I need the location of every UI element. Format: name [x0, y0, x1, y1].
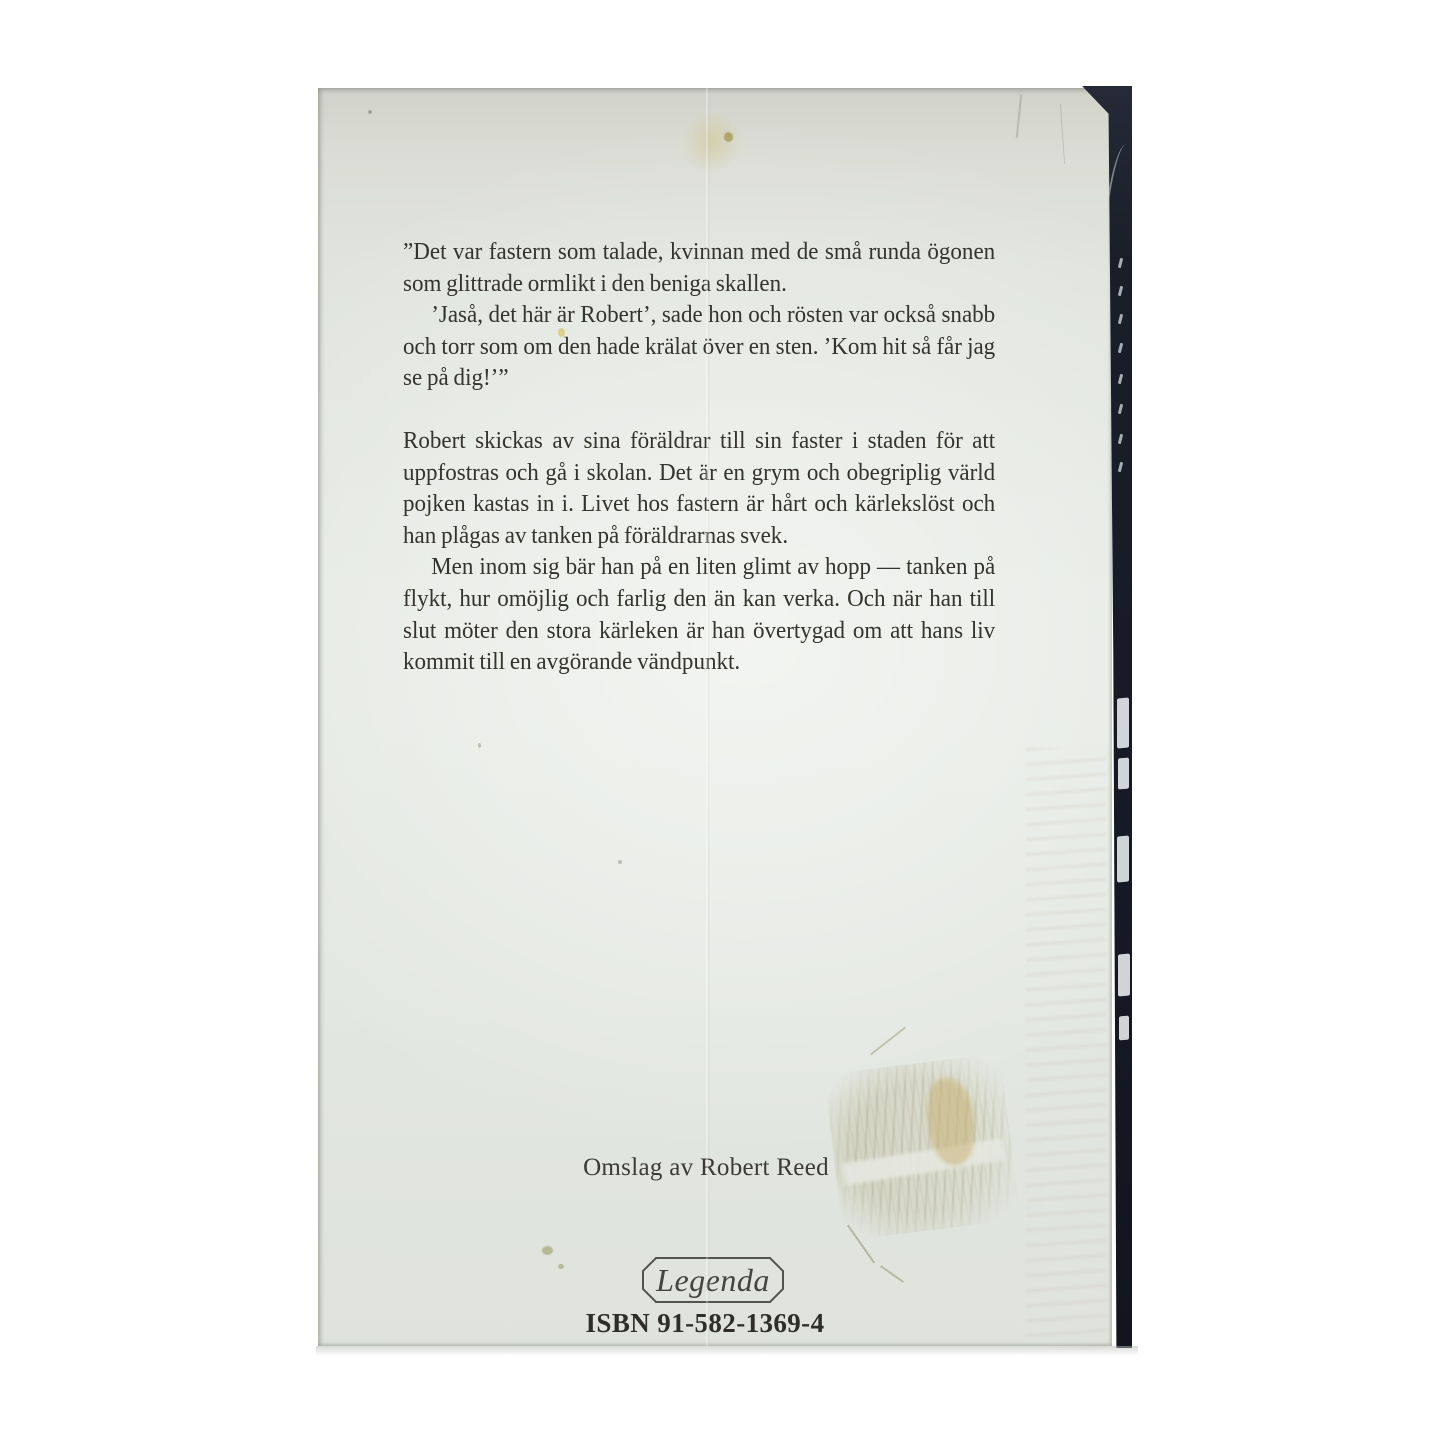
cover-scratch	[1060, 104, 1065, 164]
book-back-cover: ”Det var fastern som talade, kvinnan med…	[318, 88, 1112, 1346]
stain-speck	[618, 860, 622, 864]
cover-scratch	[1016, 94, 1023, 138]
stain-speck-mid	[558, 328, 565, 337]
blurb-paragraph-4: Men inom sig bär han på en liten glimt a…	[403, 551, 995, 677]
spine-letter-fragment	[1119, 1016, 1129, 1041]
photo-canvas: ”Det var fastern som talade, kvinnan med…	[0, 0, 1445, 1445]
stain-speck-bottom	[542, 1246, 553, 1255]
isbn-text: ISBN 91-582-1369-4	[318, 1308, 1092, 1339]
right-edge-streaks	[1026, 748, 1106, 1348]
residue-scratch	[870, 1027, 906, 1056]
residue-scratch	[880, 1265, 904, 1283]
spine-microtext-mark	[1118, 286, 1123, 296]
blurb-paragraph-2: ’Jaså, det här är Robert’, sade hon och …	[403, 299, 995, 394]
sticker-residue-smudge	[823, 1053, 1020, 1241]
stain-top	[672, 101, 753, 184]
spine-microtext-mark	[1118, 462, 1123, 472]
spine-microtext-mark	[1118, 314, 1123, 324]
cover-crease	[706, 88, 708, 1346]
spine-microtext-mark	[1118, 343, 1123, 353]
spine-letter-fragment	[1117, 697, 1129, 748]
stain-dot	[724, 132, 733, 142]
stain-speck	[368, 110, 372, 114]
cover-drop-shadow	[316, 1346, 1138, 1356]
spine-letter-fragment	[1118, 953, 1130, 996]
spine-microtext-mark	[1118, 374, 1123, 384]
blurb-paragraph-3: Robert skickas av sina föräldrar till si…	[403, 425, 995, 551]
blurb-paragraph-1: ”Det var fastern som talade, kvinnan med…	[403, 236, 995, 299]
smudge-highlight-band	[842, 1138, 1005, 1185]
publisher-logo: Legenda	[641, 1256, 785, 1304]
spine-microtext-mark	[1118, 404, 1123, 414]
stain-speck	[478, 743, 481, 748]
spine-microtext-mark	[1118, 258, 1123, 268]
blurb-text: ”Det var fastern som talade, kvinnan med…	[403, 236, 995, 678]
stain-speck-bottom	[558, 1264, 564, 1269]
spine-microtext-mark	[1118, 434, 1123, 444]
spine-letter-fragment	[1118, 758, 1129, 790]
spine-letter-fragment	[1117, 835, 1129, 882]
publisher-logo-text: Legenda	[655, 1262, 770, 1298]
